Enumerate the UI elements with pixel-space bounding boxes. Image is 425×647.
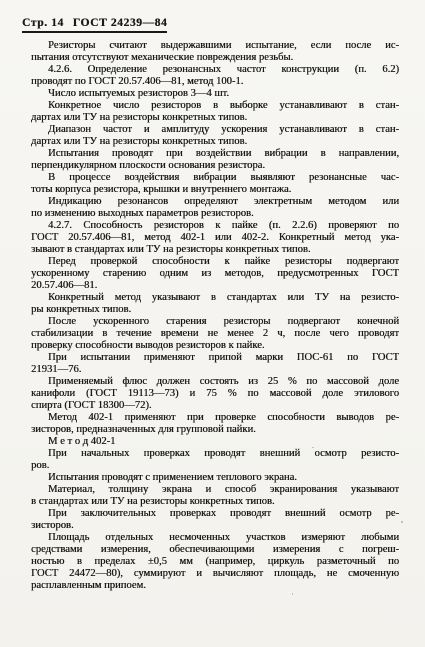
text-line: средствами измерения, обеспечивающими из… <box>31 544 399 556</box>
text-line: ров. <box>31 460 399 472</box>
text-line: ностью в пределах ±0,5 мм (например, цир… <box>31 556 399 568</box>
text-line: 20.57.406—81. <box>31 280 399 292</box>
text-line: зывают в стандартах или ТУ на резисторы … <box>31 244 399 256</box>
paragraph: При заключительных проверках проводят вн… <box>31 508 399 532</box>
text-line: 21931—76. <box>31 364 399 376</box>
paragraph: М е т о д 402-1 <box>31 436 399 448</box>
paragraph: Диапазон частот и амплитуду ускорения ус… <box>31 124 399 148</box>
text-line: Испытания проводят с применением теплово… <box>31 472 399 484</box>
text-line: ры конкретных типов. <box>31 304 399 316</box>
text-line: Применяемый флюс должен состоять из 25 %… <box>31 376 399 388</box>
text-line: Испытания проводят при воздействии вибра… <box>31 148 399 160</box>
text-line: Перед проверкой способности к пайке рези… <box>31 256 399 268</box>
text-line: по изменению выходных параметров резисто… <box>31 208 399 220</box>
scan-speck <box>401 521 403 523</box>
paragraph: После ускоренного старения резисторы под… <box>31 316 399 352</box>
paragraph: Испытания проводят с применением теплово… <box>31 472 399 484</box>
text-line: При заключительных проверках проводят вн… <box>31 508 399 520</box>
paragraph: 4.2.6. Определение резонансных частот ко… <box>31 64 399 88</box>
paragraph: Площадь отдельных несмоченных участков и… <box>31 532 399 592</box>
paragraph: При испытании применяют припой марки ПОС… <box>31 352 399 376</box>
paragraph: Индикацию резонансов определяют электрет… <box>31 196 399 220</box>
text-line: Резисторы считают выдержавшими испытание… <box>31 40 399 52</box>
paragraph: Метод 402-1 применяют при проверке спосо… <box>31 412 399 436</box>
text-line: Диапазон частот и амплитуду ускорения ус… <box>31 124 399 136</box>
text-line: зисторов, предназначенных для групповой … <box>31 424 399 436</box>
text-line: канифоли (ГОСТ 19113—73) и 75 % по массо… <box>31 388 399 400</box>
text-line: В процессе воздействия вибрации выявляют… <box>31 172 399 184</box>
text-line: После ускоренного старения резисторы под… <box>31 316 399 328</box>
text-line: дартах или ТУ на резисторы конкретных ти… <box>31 112 399 124</box>
text-line: ускоренному старению одним из методов, п… <box>31 268 399 280</box>
page-header-text: Стр. 14ГОСТ 24239—84 <box>22 17 167 33</box>
page-number: Стр. 14 <box>22 17 64 29</box>
text-line: зисторов. <box>31 520 399 532</box>
paragraph: Материал, толщину экрана и способ экрани… <box>31 484 399 508</box>
text-line: Метод 402-1 применяют при проверке спосо… <box>31 412 399 424</box>
paragraph: Перед проверкой способности к пайке рези… <box>31 256 399 292</box>
paragraph: Резисторы считают выдержавшими испытание… <box>31 40 399 64</box>
text-line: ГОСТ 20.57.406—81, метод 402-1 или 402-2… <box>31 232 399 244</box>
paragraph: Число испытуемых резисторов 3—4 шт. <box>31 88 399 100</box>
page-header: Стр. 14ГОСТ 24239—84 <box>22 13 167 33</box>
text-line: М е т о д 402-1 <box>31 436 399 448</box>
paragraph: При начальных проверках проводят внешний… <box>31 448 399 472</box>
scan-speck <box>312 447 314 448</box>
document-body: Резисторы считают выдержавшими испытание… <box>31 40 399 592</box>
text-line: Число испытуемых резисторов 3—4 шт. <box>31 88 399 100</box>
text-line: в стандартах или ТУ на резисторы конкрет… <box>31 496 399 508</box>
text-line: При начальных проверках проводят внешний… <box>31 448 399 460</box>
text-line: Индикацию резонансов определяют электрет… <box>31 196 399 208</box>
text-line: проводят по ГОСТ 20.57.406—81, метод 100… <box>31 76 399 88</box>
text-line: Площадь отдельных несмоченных участков и… <box>31 532 399 544</box>
paragraph: Применяемый флюс должен состоять из 25 %… <box>31 376 399 412</box>
paragraph: Испытания проводят при воздействии вибра… <box>31 148 399 172</box>
paragraph: 4.2.7. Способность резисторов к пайке (п… <box>31 220 399 256</box>
text-line: тоты корпуса резистора, крышки и внутрен… <box>31 184 399 196</box>
paragraph: В процессе воздействия вибрации выявляют… <box>31 172 399 196</box>
text-line: При испытании применяют припой марки ПОС… <box>31 352 399 364</box>
text-line: стабилизации в течение времени не менее … <box>31 328 399 340</box>
text-line: 4.2.7. Способность резисторов к пайке (п… <box>31 220 399 232</box>
text-line: спирта (ГОСТ 18300—72). <box>31 400 399 412</box>
paragraph: Конкретный метод указывают в стандартах … <box>31 292 399 316</box>
text-line: ГОСТ 24472—80), суммируют и вычисляют пл… <box>31 568 399 580</box>
text-line: 4.2.6. Определение резонансных частот ко… <box>31 64 399 76</box>
text-line: проверку способности выводов резисторов … <box>31 340 399 352</box>
text-line: пытания отсутствуют механические поврежд… <box>31 52 399 64</box>
document-page: Стр. 14ГОСТ 24239—84 Резисторы считают в… <box>0 0 425 647</box>
text-line: дартах или ТУ на резисторы конкретных ти… <box>31 136 399 148</box>
text-line: Конкретное число резисторов в выборке ус… <box>31 100 399 112</box>
paragraph: Конкретное число резисторов в выборке ус… <box>31 100 399 124</box>
text-line: Конкретный метод указывают в стандартах … <box>31 292 399 304</box>
standard-number: ГОСТ 24239—84 <box>73 17 168 29</box>
text-line: перпендикулярном плоскости основания рез… <box>31 160 399 172</box>
scan-speck <box>292 593 293 595</box>
text-line: расплавленным припоем. <box>31 580 399 592</box>
text-line: Материал, толщину экрана и способ экрани… <box>31 484 399 496</box>
